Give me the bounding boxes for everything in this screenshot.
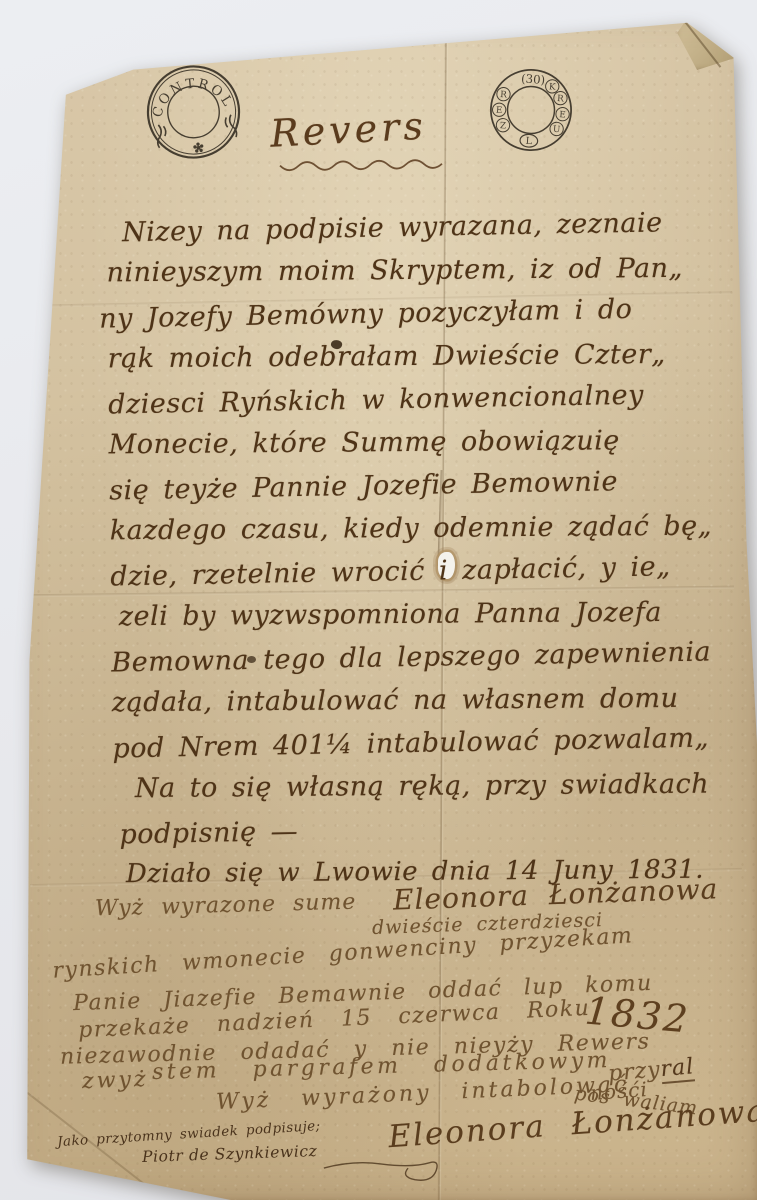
bottom-left-crease: [27, 1092, 146, 1186]
addendum-interline-sum: dwieście czterdziesci: [372, 909, 604, 939]
paper-hole: [438, 552, 455, 579]
manuscript-line: ządała, intabulować na własnem domu: [112, 677, 717, 725]
ink-blot: [330, 338, 343, 350]
manuscript-line: się teyże Pannie Jozefie Bemownie: [109, 458, 715, 512]
stamp-letter: K: [549, 82, 557, 92]
addendum-line: Wyż wyrażony intabolować: [216, 1072, 630, 1115]
manuscript-line: pod Nrem 401¼ intabulować pozwalam„: [112, 716, 718, 770]
addendum-line: rynskich wmonecie gonwenciny przyzekam: [52, 923, 634, 983]
addendum-word-nosci: nośći: [589, 1077, 648, 1105]
manuscript-line: kazdego czasu, kiedy odemnie ządać bę„: [110, 505, 715, 553]
revenue-stamp-icon: (30) K R E U Z E: [484, 63, 578, 157]
control-stamp-icon: CONTROL: [138, 56, 250, 169]
stamp-letter: E: [559, 110, 566, 120]
manuscript-dateline: Działo się w Lwowie dnia 14 Juny 1831.: [126, 849, 719, 897]
document-title: Revers: [269, 100, 491, 155]
addendum-line: przekaże nadzień 15 czerwca Roku: [78, 996, 591, 1043]
stamp-letter: Z: [500, 121, 507, 131]
addendum-line: Panie Jiazefie Bemawnie oddać lup komu: [73, 971, 653, 1016]
stamp-letter: R: [500, 90, 508, 100]
manuscript-line: rąk moich odebrałam Dwieście Czter„: [107, 333, 712, 381]
stamp-laurel-ornaments: [155, 114, 237, 148]
addendum-word-zwyz: zwyż: [82, 1067, 149, 1094]
manuscript-line: Nizey na podpisie wyrazana, zeznaie: [122, 200, 712, 254]
addendum-name-eleonora: Eleonora Łonżanowa: [393, 872, 719, 916]
manuscript-line: ninieyszym moim Skryptem, iz od Pan„: [106, 247, 711, 295]
stamp-letter: U: [553, 125, 562, 136]
stamp-rosette-icon: [193, 142, 204, 153]
manuscript-line: dzie, rzetelnie wrocić i zapłacić, y ie„: [110, 544, 716, 598]
signature-flourish: [321, 1142, 444, 1194]
stamp-letter-L: L: [525, 136, 533, 147]
horizontal-fold-crease-bottom: [30, 868, 742, 887]
vertical-fold-crease: [437, 12, 448, 1200]
svg-text:CONTROL: CONTROL: [146, 71, 237, 121]
stamp-value-30: (30): [521, 71, 546, 87]
folded-corner-top-right: [676, 20, 738, 70]
addendum-word-ral: ral: [659, 1054, 695, 1084]
horizontal-fold-crease-top: [32, 291, 732, 307]
manuscript-line: zeli by wyzwspomniona Panna Jozefa: [119, 591, 716, 639]
manuscript-line: Na to się własną ręką, przy swiadkach: [135, 762, 718, 810]
aged-paper-sheet: CONTROL: [0, 0, 757, 1200]
addendum-year-1832: 1832: [583, 989, 691, 1042]
addendum-word-poswaliam: pos waliam: [573, 1082, 699, 1119]
ink-blot: [247, 656, 256, 663]
witness-note: Jako przytomny swiadek podpisuje;: [57, 1118, 321, 1150]
manuscript-line: podpisnię —: [119, 802, 719, 856]
control-stamp-label: CONTROL: [146, 71, 237, 121]
paper-tear: [437, 470, 443, 566]
manuscript-line: ny Jozefy Bemówny pozyczyłam i do: [99, 286, 713, 340]
signature-eleonora: Eleonora Łonżanowa: [387, 1093, 757, 1155]
title-underline-flourish: [276, 152, 466, 177]
stamp-letter: E: [496, 106, 503, 116]
manuscript-line: Bemowna tego dla lepszego zapewnienia: [111, 630, 717, 684]
addendum-intro: Wyż wyrazone sume: [95, 890, 357, 922]
addendum-line: niezawodnie odadać y nie nieyży Rewers: [60, 1029, 651, 1069]
addendum-word-przy: przy: [607, 1057, 662, 1086]
manuscript-line: Monecie, które Summę obowiązuię: [109, 419, 714, 467]
stamp-letter: R: [557, 94, 565, 104]
horizontal-fold-crease-middle: [28, 586, 734, 598]
folded-corner-crease: [684, 21, 721, 68]
manuscript-line: dziesci Ryńskich w konwencionalney: [108, 372, 714, 426]
scanned-document-page: CONTROL: [0, 0, 757, 1200]
paper-shadow-wrapper: CONTROL: [0, 0, 757, 1200]
addendum-line: stem pargrafem dodatkowym: [152, 1048, 612, 1085]
addendum-word-przyral: przyral: [607, 1054, 695, 1086]
witness-signature: Piotr de Szynkiewicz: [142, 1142, 318, 1166]
manuscript-body: Nizey na podpisie wyrazana, zeznaie nini…: [96, 202, 719, 897]
